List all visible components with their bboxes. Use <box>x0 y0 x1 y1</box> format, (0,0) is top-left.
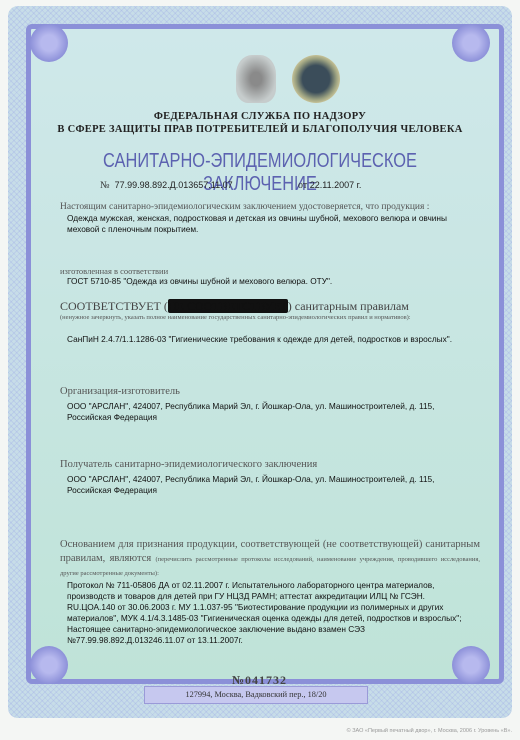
ornament-icon <box>30 646 68 684</box>
manufactured-label: изготовленная в соответствии <box>60 266 168 276</box>
conformity-line: СООТВЕТСТВУЕТ (НЕ СООТВЕТСТВУЕТ) санитар… <box>60 299 409 314</box>
coat-of-arms-icon <box>236 55 276 103</box>
footer-address: 127994, Москва, Вадковский пер., 18/20 <box>144 686 368 704</box>
manufacturer-label: Организация-изготовитель <box>60 386 180 397</box>
date-row: от 22.11.2007 г. <box>298 180 361 191</box>
agency-name-line1: ФЕДЕРАЛЬНАЯ СЛУЖБА ПО НАДЗОРУ <box>40 111 480 122</box>
ornament-icon <box>452 24 490 62</box>
conformity-note: (ненужное зачеркнуть, указать полное наи… <box>60 314 460 322</box>
number-row: № 77.99.98.892.Д.013657.11.07 <box>100 180 233 191</box>
not-conforms-struck: НЕ СООТВЕТСТВУЕТ <box>168 299 288 313</box>
certificate-number: 77.99.98.892.Д.013657.11.07 <box>115 180 233 190</box>
manufactured-value: ГОСТ 5710-85 "Одежда из овчины шубной и … <box>67 276 467 287</box>
basis-label: Основанием для признания продукции, соот… <box>60 538 480 580</box>
conforms-text: СООТВЕТСТВУЕТ <box>60 299 161 313</box>
certificate-date: 22.11.2007 г. <box>310 180 362 190</box>
recipient-value: ООО "АРСЛАН", 424007, Республика Марий Э… <box>67 474 467 496</box>
printer-note: © ЗАО «Первый печатный двор», г. Москва,… <box>347 728 512 734</box>
manufacturer-value: ООО "АРСЛАН", 424007, Республика Марий Э… <box>67 401 467 423</box>
conformity-value: СанПиН 2.4.7/1.1.1286-03 "Гигиенические … <box>67 334 467 345</box>
ornament-icon <box>452 646 490 684</box>
ornament-icon <box>30 24 68 62</box>
agency-name-line2: В СФЕРЕ ЗАЩИТЫ ПРАВ ПОТРЕБИТЕЛЕЙ И БЛАГО… <box>40 124 480 135</box>
recipient-label: Получатель санитарно-эпидемиологического… <box>60 459 317 470</box>
product-value: Одежда мужская, женская, подростковая и … <box>67 213 467 235</box>
product-label: Настоящим санитарно-эпидемиологическим з… <box>60 202 429 212</box>
basis-value: Протокол № 711-05806 ДА от 02.11.2007 г.… <box>67 580 472 646</box>
hologram-seal-icon <box>292 55 340 103</box>
